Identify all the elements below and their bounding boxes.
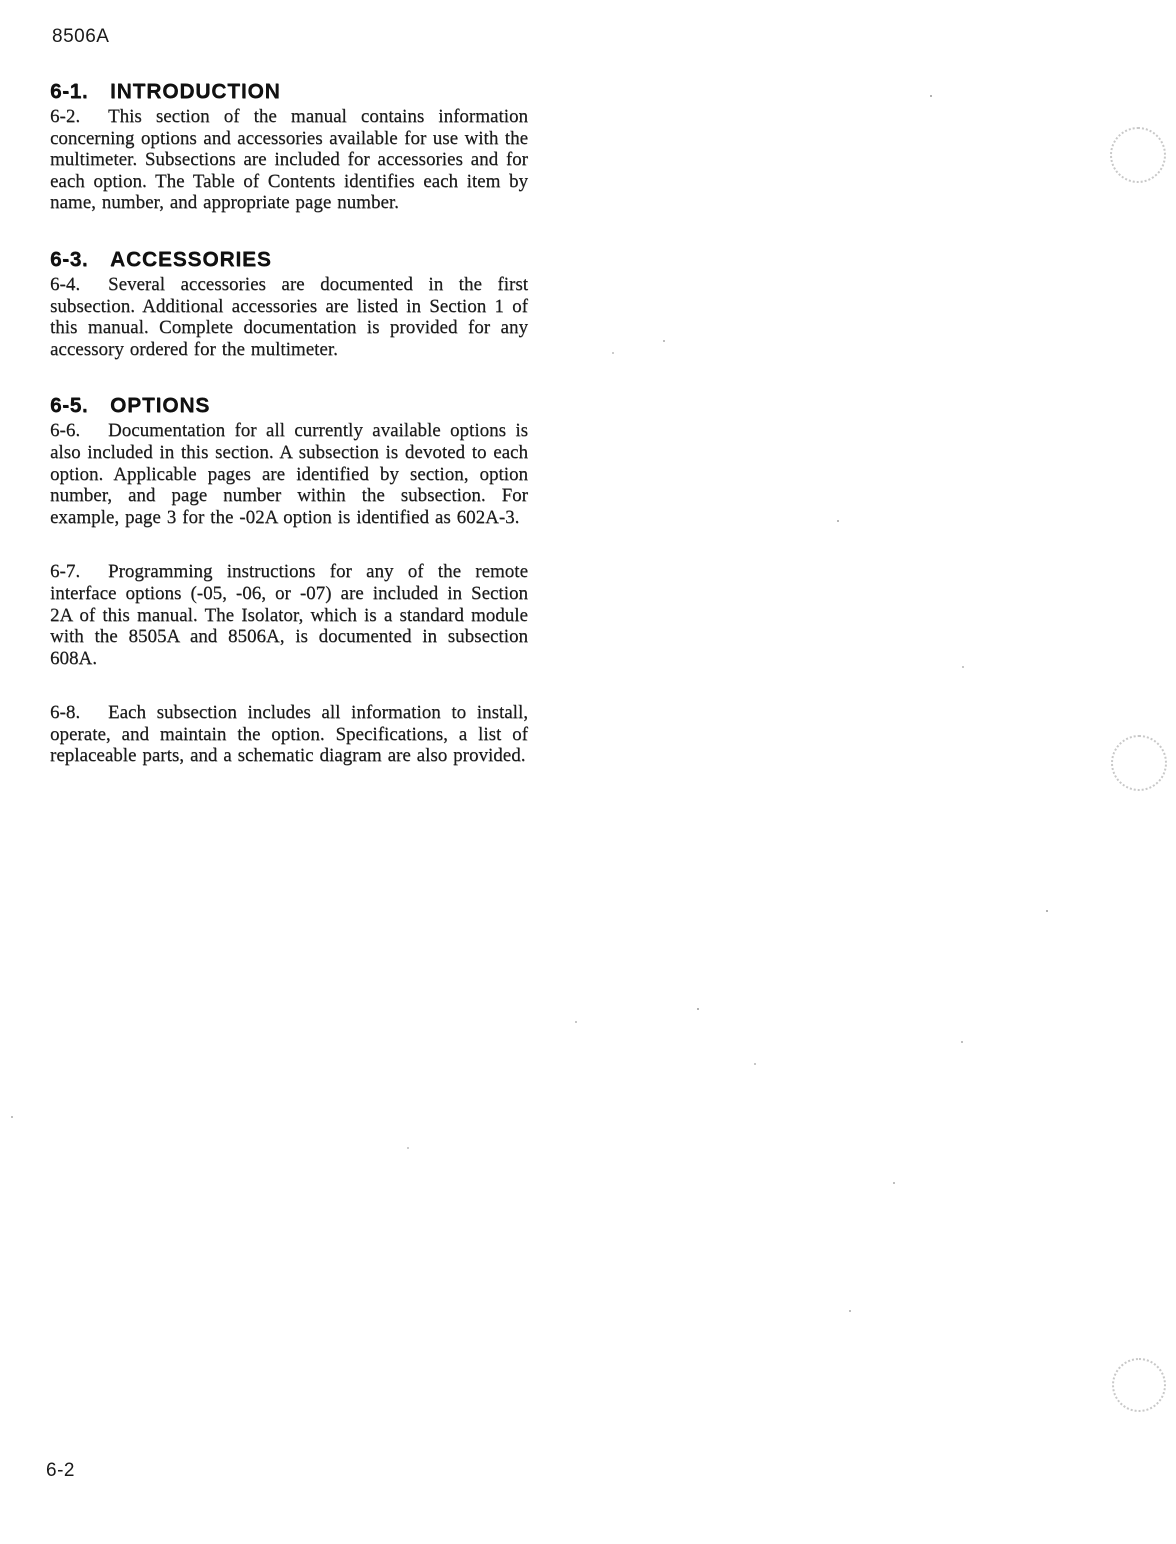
- page-number: 6-2: [46, 1460, 75, 1482]
- paragraph-text: Documentation for all currently availabl…: [50, 420, 528, 527]
- section-options: 6-5.OPTIONS 6-6.Documentation for all cu…: [50, 395, 528, 767]
- paragraph-number: 6-7.: [50, 561, 108, 583]
- paragraph-text: Several accessories are documented in th…: [50, 274, 528, 360]
- content-column: 6-1.INTRODUCTION 6-2.This section of the…: [50, 81, 528, 767]
- hole-punch-mark-bottom: [1112, 1358, 1166, 1412]
- section-title: ACCESSORIES: [110, 248, 272, 271]
- paragraph-text: Each subsection includes all information…: [50, 702, 528, 766]
- section-accessories: 6-3.ACCESSORIES 6-4.Several accessories …: [50, 249, 528, 360]
- section-number: 6-1.: [50, 81, 110, 103]
- paragraph-text: Programming instructions for any of the …: [50, 561, 528, 668]
- paragraph: 6-2.This section of the manual contains …: [50, 106, 528, 214]
- scanned-manual-page: 8506A 6-1.INTRODUCTION 6-2.This section …: [0, 0, 1176, 1544]
- scan-noise-specks: [0, 0, 2, 2]
- section-heading: 6-3.ACCESSORIES: [50, 249, 528, 271]
- paragraph-number: 6-2.: [50, 106, 108, 128]
- hole-punch-mark-middle: [1111, 735, 1167, 791]
- section-introduction: 6-1.INTRODUCTION 6-2.This section of the…: [50, 81, 528, 214]
- paragraph-number: 6-4.: [50, 274, 108, 296]
- paragraph: 6-8.Each subsection includes all informa…: [50, 702, 528, 767]
- section-number: 6-5.: [50, 395, 110, 417]
- paragraph-number: 6-6.: [50, 420, 108, 442]
- section-heading: 6-5.OPTIONS: [50, 395, 528, 417]
- section-title: OPTIONS: [110, 394, 210, 417]
- section-heading: 6-1.INTRODUCTION: [50, 81, 528, 103]
- hole-punch-mark-top: [1110, 127, 1166, 183]
- paragraph-number: 6-8.: [50, 702, 108, 724]
- paragraph-text: This section of the manual contains info…: [50, 106, 528, 213]
- paragraph: 6-6.Documentation for all currently avai…: [50, 420, 528, 528]
- paragraph: 6-7.Programming instructions for any of …: [50, 561, 528, 669]
- paragraph: 6-4.Several accessories are documented i…: [50, 274, 528, 360]
- page-header-model-number: 8506A: [52, 26, 109, 48]
- section-number: 6-3.: [50, 249, 110, 271]
- section-title: INTRODUCTION: [110, 80, 281, 103]
